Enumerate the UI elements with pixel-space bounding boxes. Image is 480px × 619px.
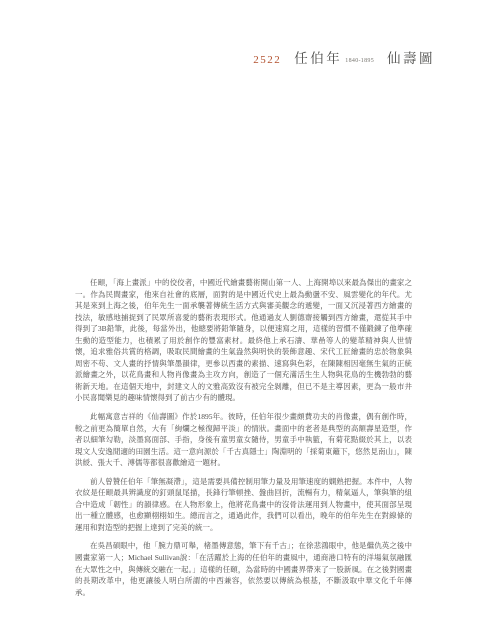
essay-paragraph-2: 此幅寓意吉祥的《仙壽圖》作於1895年。彼時，任伯年很少畫頗費功夫的肖像畫，偶有… xyxy=(75,411,412,469)
essay-paragraph-4: 在吳昌碩眼中，他「腕力鼎可舉，楮墨傳意態，筆下有千古」；在徐悲鴻眼中，他是繼仇英… xyxy=(75,540,412,598)
essay-text-block: 任頤，「海上畫派」中的佼佼者，中國近代繪畫藝術開山第一人、上海開埠以來最為傑出的… xyxy=(75,277,412,598)
catalog-page: 2522 任伯年 1840-1895 仙壽圖 任頤，「海上畫派」中的佼佼者，中國… xyxy=(0,0,480,619)
artist-dates: 1840-1895 xyxy=(345,58,374,64)
artist-name: 任伯年 xyxy=(294,47,342,67)
essay-paragraph-1: 任頤，「海上畫派」中的佼佼者，中國近代繪畫藝術開山第一人、上海開埠以來最為傑出的… xyxy=(75,277,412,404)
lot-header: 2522 任伯年 1840-1895 仙壽圖 xyxy=(253,47,435,67)
lot-number: 2522 xyxy=(253,54,281,66)
work-title: 仙壽圖 xyxy=(387,47,435,67)
essay-paragraph-3: 前人曾贊任伯年「筆無凝滯」，這是需要具備控制用筆力量及用筆速度的嫻熟把握。本件中… xyxy=(75,476,412,534)
